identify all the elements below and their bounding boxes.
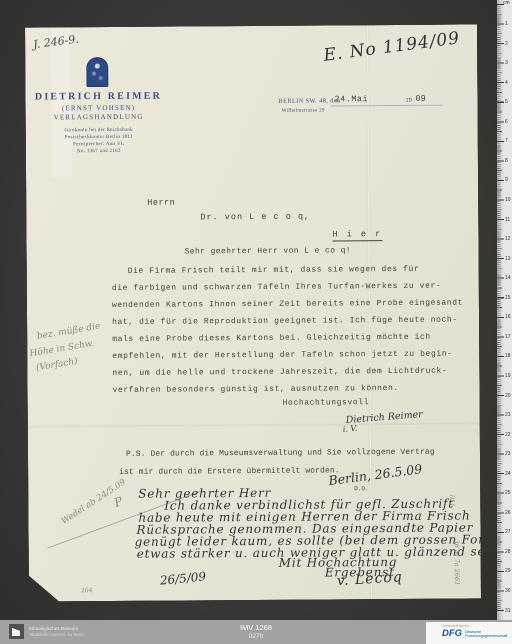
funder-name-line2: Forschungsgemeinschaft — [465, 634, 507, 638]
ruler-number: 9 — [505, 177, 508, 183]
salutation: Sehr geehrter Herr von L e co q! — [185, 246, 351, 256]
closing: Hochachtungsvoll — [283, 398, 369, 408]
ps-line: P.S. Der durch die Museumsverwaltung und… — [126, 448, 435, 459]
ruler-number: 22 — [505, 432, 511, 438]
letterhead-city-line: BERLIN SW. 48, den — [278, 97, 340, 104]
reply-signature: v. Lecoq — [336, 569, 403, 589]
ruler-number: 7 — [505, 138, 508, 144]
year-prefix: 19 — [405, 97, 411, 104]
recipient-intro: Herrn — [147, 198, 175, 208]
received-initial-pencil: P — [112, 494, 124, 510]
typed-date: 24.Mai — [334, 94, 368, 104]
ruler-number: 28 — [505, 549, 511, 555]
edge-shelfmark-pencil: 36 M 7a 2661 — [453, 540, 462, 625]
recipient-name: Dr. von L e c o q, — [200, 212, 310, 223]
typed-initials: D.O. — [354, 485, 368, 492]
ruler-number: 18 — [505, 353, 511, 359]
ruler-number: 21 — [505, 412, 511, 418]
footer-bar: Ethnologisches Museum Staatliche Museen … — [0, 620, 512, 644]
ruler-number: 27 — [505, 529, 511, 535]
ruler-number: 3 — [505, 60, 508, 66]
ruler-unit-label: cm — [503, 0, 510, 6]
ps-line: ist mir durch die Erstere übermittelt wo… — [119, 466, 340, 477]
ruler-number: 17 — [505, 334, 511, 340]
body-line: verfahren besonders günstig ist, ausnutz… — [113, 384, 399, 395]
date-rule-line — [331, 105, 443, 107]
body-line: mals eine Probe dieses Kartons bei. Glei… — [112, 333, 431, 344]
scan-mat: J. 246-9. E. No 1194/09 DIETRICH REIMER … — [0, 0, 512, 644]
letterhead-detail-line: No. 1367 und 2163 — [26, 148, 172, 156]
funder-credit: Gefördert durch DFG Deutsche Forschungsg… — [426, 622, 512, 644]
ruler-number: 6 — [505, 119, 508, 125]
ruler-number: 4 — [505, 80, 508, 86]
margin-note: bez. müße die Höhe in Schw. (Vorfach) — [26, 322, 106, 375]
ruler-number: 25 — [505, 490, 511, 496]
ruler-number: 24 — [505, 471, 511, 477]
ruler-number: 23 — [505, 451, 511, 457]
ruler-number: 13 — [505, 256, 511, 262]
ruler-number: 31 — [505, 608, 511, 614]
recipient-place: H i e r — [332, 229, 382, 241]
letterhead-company-type: VERLAGSHANDLUNG — [26, 113, 172, 122]
letterhead-details: Girokonto bei der Reichsbank Postscheckk… — [26, 127, 172, 156]
ruler-number: 19 — [505, 373, 511, 379]
ruler-number: 30 — [505, 588, 511, 594]
fold-crease-horizontal — [28, 422, 480, 427]
ruler-number: 12 — [505, 236, 511, 242]
reply-date: 26/5/09 — [159, 569, 206, 587]
body-line: Die Firma Frisch teilt mir mit, dass sie… — [128, 265, 420, 276]
edge-marks-pencil: III L — [448, 495, 455, 508]
ruler-number: 11 — [505, 217, 510, 223]
ruler-number: 10 — [505, 197, 511, 203]
ruler-number: 1 — [505, 21, 508, 27]
body-line: nen, um die helle und trockene Jahreszei… — [112, 367, 447, 378]
letterhead-street-line: Wilhelmstrasse 29 — [282, 107, 325, 113]
publisher-emblem-icon — [86, 57, 108, 87]
ruler-ticks — [497, 4, 504, 612]
letterhead-company-name2: (ERNST VOHSEN) — [26, 104, 172, 113]
typed-year: 09 — [415, 94, 425, 104]
file-number-handwritten: E. No 1194/09 — [322, 28, 461, 66]
sender-signature-line2: i. V. — [342, 424, 357, 434]
ruler-number: 8 — [505, 158, 508, 164]
ruler-number: 5 — [505, 99, 508, 105]
ruler-number: 14 — [505, 275, 511, 281]
body-line: empfehlen, mit der Herstellung der Tafel… — [112, 350, 452, 361]
letterhead: DIETRICH REIMER (ERNST VOHSEN) VERLAGSHA… — [25, 91, 171, 156]
ruler-number: 26 — [505, 510, 511, 516]
reply-dateline-handwritten: Berlin, 26.5.09 — [328, 461, 423, 488]
body-line: die farbigen und schwarzen Tafeln Ihres … — [112, 282, 442, 293]
ruler-number: 15 — [505, 295, 511, 301]
ruler-number: 29 — [505, 568, 511, 574]
ruler: cm 1234567891011121314151617181920212223… — [497, 0, 512, 621]
letterhead-company-name: DIETRICH REIMER — [25, 91, 171, 103]
ruler-number: 16 — [505, 314, 511, 320]
dfg-logo: DFG — [442, 629, 462, 638]
letter-paper: J. 246-9. E. No 1194/09 DIETRICH REIMER … — [25, 24, 481, 601]
ruler-number: 20 — [505, 393, 511, 399]
body-line: wendenden Kartons Ihnen seiner Zeit bere… — [112, 299, 463, 310]
body-line: hat, die für die Reproduktion geeignet i… — [112, 316, 458, 327]
page-pencil-number: 264 — [81, 587, 93, 594]
ruler-number: 2 — [505, 41, 508, 47]
